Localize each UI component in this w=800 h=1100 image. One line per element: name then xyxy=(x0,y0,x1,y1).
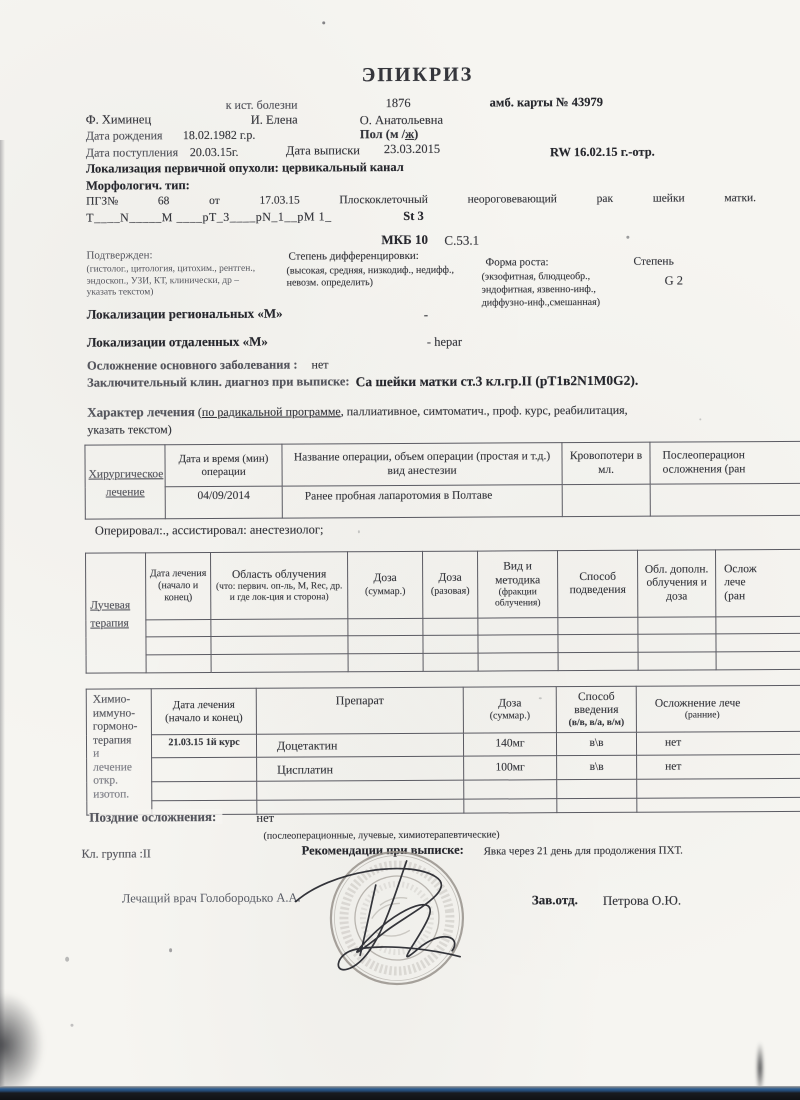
sex-suffix: ) xyxy=(414,127,418,141)
growth-form-note-line3: диффузно-инф.,смешанная) xyxy=(482,297,600,310)
chemo-col-route-note: (в/в, в/а, в/м) xyxy=(560,718,633,729)
scan-bottom-left-smudge xyxy=(0,992,44,1098)
distant-metastasis-label: Локализации отдаленных «М» xyxy=(87,334,268,350)
operated-by-line: Оперировал:., ассистировал: анестезиолог… xyxy=(95,522,324,538)
chemo-drug-dose: 100мг xyxy=(464,756,557,780)
chemo-col-route-title: Способ введения xyxy=(560,691,633,718)
patient-patronymic: О. Анатольевна xyxy=(360,113,443,128)
radiation-col-dose-single-title: Доза xyxy=(426,572,474,586)
radiation-empty-cell xyxy=(478,635,558,653)
chemo-drug-complication: нет xyxy=(637,754,800,779)
chemo-label-line: гормоно- xyxy=(93,720,149,734)
pgz-date: 17.03.15 xyxy=(259,195,299,209)
growth-form-label: Форма роста: xyxy=(485,256,548,269)
chemo-col-complication: Осложнение лече (ранние) xyxy=(636,685,800,732)
primary-tumor-localization: Локализация первичной опухоли: цервикаль… xyxy=(86,160,404,177)
chemo-label-line: Химио- xyxy=(93,693,149,707)
chemo-empty-cell xyxy=(152,781,257,801)
surgery-table: Хирургическое лечение Дата и время (мин)… xyxy=(84,441,800,520)
chemo-table: Химио- иммуно- гормоно- терапия и лечени… xyxy=(86,685,800,816)
radiation-col-compl-line2: лече xyxy=(724,576,800,590)
radiation-empty-cell xyxy=(348,618,423,635)
surgery-row-bloodloss-empty xyxy=(562,484,650,516)
radiation-empty-cell xyxy=(638,634,716,652)
chemo-empty-cell xyxy=(557,779,637,798)
radiation-col-complications: Ослож лече (ран xyxy=(716,549,800,617)
radiation-empty-cell xyxy=(558,634,638,652)
stage-value: St 3 xyxy=(403,209,424,224)
chemo-col-route: Способ введения (в/в, в/а, в/м) xyxy=(556,686,636,732)
rw-test-result: RW 16.02.15 г.-отр. xyxy=(550,145,655,161)
radiation-table: Лучевая терапия Дата лечения (начало и к… xyxy=(85,549,800,674)
surgery-row-date: 04/09/2014 xyxy=(165,486,282,519)
radiation-empty-cell xyxy=(146,619,211,636)
late-complications-label: Поздние осложнения: xyxy=(89,809,222,825)
treatment-nature-line2: указать текстом) xyxy=(87,422,171,436)
final-diagnosis-line: Заключительный клин. диагноз при выписке… xyxy=(87,373,638,392)
radiation-empty-cell xyxy=(558,652,638,670)
radiation-empty-cell xyxy=(423,635,478,653)
chemo-col-date: Дата лечения (начало и конец) xyxy=(151,688,256,735)
chemo-label-line: изотоп. xyxy=(93,788,149,802)
doctor-signature xyxy=(290,854,506,975)
history-number-value: 1876 xyxy=(386,96,411,111)
chemo-empty-cell xyxy=(257,799,464,814)
surgery-label-cell: Хирургическое лечение xyxy=(85,445,165,519)
differentiation-grade-note: (высокая, средняя, низкодиф., недифф., н… xyxy=(287,265,482,290)
chemo-drug-name: Доцетактин xyxy=(256,733,463,757)
scanned-epicrisis-document: ЭПИКРИЗ к ист. болезни 1876 амб. карты №… xyxy=(0,0,800,1100)
radiation-empty-cell xyxy=(211,654,348,673)
radiation-col-compl-line1: Ослож xyxy=(724,563,800,577)
chemo-col-compl-title: Осложнение лече xyxy=(655,696,800,710)
chemo-col-drug: Препарат xyxy=(256,687,463,734)
chemo-empty-cell xyxy=(257,780,464,800)
chemo-col-dose: Доза (суммар.) xyxy=(463,687,556,733)
scan-left-edge-shadow xyxy=(0,140,5,1098)
distant-metastasis-value: - hepar xyxy=(427,335,462,350)
chemo-course-date: 21.03.15 1й курс xyxy=(151,734,256,758)
surgery-col-operation: Название операции, объем операции (прост… xyxy=(282,443,562,486)
chemo-empty-cell xyxy=(464,780,557,799)
scan-speck xyxy=(626,236,629,239)
patient-surname: Ф. Химинец xyxy=(86,112,151,127)
surgery-row-operation: Ранее пробная лапаротомия в Полтаве xyxy=(282,485,562,518)
complication-value: нет xyxy=(311,357,328,372)
regional-metastasis-label: Локализации региональных «М» xyxy=(87,306,283,322)
admission-date-label: Дата поступления xyxy=(86,145,178,159)
morph-word-4: шейки xyxy=(653,193,685,207)
radiation-col-area: Область облучения (что: первич. оп-ль, М… xyxy=(211,552,348,620)
birth-date-value: 18.02.1982 г.р. xyxy=(183,128,256,142)
chemo-drug-name: Цисплатин xyxy=(257,756,464,781)
final-diagnosis-value: Са шейки матки ст.3 кл.гр.II (рТ1в2N1M0G… xyxy=(356,373,639,390)
ambulatory-card-number: амб. карты № 43979 xyxy=(490,95,603,111)
scan-speck xyxy=(699,418,701,420)
degree-label: Степень xyxy=(633,256,673,270)
regional-metastasis-value: - xyxy=(424,307,428,322)
paper-sheet: ЭПИКРИЗ к ист. болезни 1876 амб. карты №… xyxy=(0,0,800,1100)
scan-speck xyxy=(169,948,172,952)
radiation-empty-cell xyxy=(211,636,348,655)
scan-speck xyxy=(70,1024,73,1027)
attending-doctor-line: Лечащий врач Голобородько А.А. xyxy=(122,891,301,907)
chemo-col-compl-note: (ранние) xyxy=(655,710,800,721)
admission-date-value: 20.03.15г. xyxy=(190,145,239,159)
chemo-label-line: лечение xyxy=(93,761,149,775)
discharge-date-value: 23.03.2015 xyxy=(384,142,440,157)
treatment-options-rest: , паллиативное, симтоматич., проф. курс,… xyxy=(341,403,628,419)
chemo-empty-cell xyxy=(464,799,557,813)
chemo-drug-route: в\в xyxy=(557,755,637,779)
chemo-empty-cell xyxy=(152,757,257,782)
chemo-empty-cell xyxy=(637,778,800,798)
patient-firstname: И. Елена xyxy=(251,113,298,128)
radiation-section-label: Лучевая терапия xyxy=(90,599,130,629)
treatment-nature-label: Характер лечения xyxy=(87,404,195,420)
radiation-col-area-title: Область облучения xyxy=(214,568,344,582)
document-title: ЭПИКРИЗ xyxy=(57,62,777,89)
morph-word-2: неороговевающий xyxy=(468,193,557,207)
pgz-label: ПГЗ№ xyxy=(86,195,118,209)
degree-value: G 2 xyxy=(665,274,683,289)
radiation-empty-cell xyxy=(146,636,211,654)
radiation-col-dose-total-note: (суммар.) xyxy=(351,586,419,598)
chemo-label-line: терапия xyxy=(93,734,149,748)
radiation-empty-cell xyxy=(423,653,478,671)
morph-word-3: рак xyxy=(597,193,614,207)
surgery-col-bloodloss: Кровопотери в мл. xyxy=(562,442,650,484)
radiation-empty-cell xyxy=(348,653,423,671)
chemo-label-line: откр. xyxy=(93,774,149,788)
radiation-empty-cell xyxy=(423,618,478,635)
differentiation-grade-label: Степень дифференцировки: xyxy=(288,250,418,264)
scan-speck xyxy=(322,21,325,24)
morph-word-1: Плоскоклеточный xyxy=(339,194,428,208)
discharge-date-label: Дата выписки xyxy=(286,143,360,158)
morph-word-5: матки. xyxy=(724,192,756,206)
chemo-label-line: и xyxy=(93,747,149,761)
radiation-empty-cell xyxy=(558,617,638,634)
chemo-drug-complication: нет xyxy=(636,731,800,755)
radiation-col-additional: Обл. дополн. облучения и доза xyxy=(638,550,716,617)
radiation-col-method: Вид и методика (фракции облучения) xyxy=(478,551,558,618)
sex-field: Пол (м /ж) xyxy=(360,127,419,142)
history-number-label: к ист. болезни xyxy=(226,98,298,112)
radiation-empty-cell xyxy=(478,618,558,635)
scan-speck xyxy=(358,530,360,533)
radiation-col-method-note: (фракции облучения) xyxy=(481,587,554,608)
scan-speck xyxy=(539,697,542,699)
complication-label: Осложнение основного заболевания : xyxy=(87,358,298,374)
growth-form-note-line2: эндофитная, язвенно-инф., xyxy=(482,284,596,297)
clinical-group: Кл. группа :II xyxy=(82,846,151,860)
radiation-label-cell: Лучевая терапия xyxy=(86,553,147,673)
main-disease-complication-line: Осложнение основного заболевания : нет xyxy=(87,357,329,373)
chemo-empty-cell xyxy=(557,798,637,812)
head-of-department-name: Петрова О.Ю. xyxy=(603,893,681,908)
radiation-col-area-note: (что: первич. оп-ль, М, Rec, др. и где л… xyxy=(214,582,344,604)
surgery-section-label: Хирургическое лечение xyxy=(89,468,164,498)
late-complications-value: нет xyxy=(256,811,274,826)
radiation-empty-cell xyxy=(638,652,716,670)
treatment-nature-line1: Характер лечения (по радикальной програм… xyxy=(87,402,627,420)
final-diagnosis-label: Заключительный клин. диагноз при выписке… xyxy=(87,374,350,391)
radiation-col-method-title: Вид и методика xyxy=(481,560,554,587)
radiation-col-dose-single: Доза (разовая) xyxy=(423,551,478,618)
chemo-drug-dose: 140мг xyxy=(463,733,556,756)
surgery-col-postop-line2: осложнения (ран xyxy=(663,462,800,476)
radiation-empty-cell xyxy=(478,653,558,671)
radiation-col-dose-total: Доза (суммар.) xyxy=(348,551,423,618)
radiation-col-dose-single-note: (разовая) xyxy=(426,585,474,597)
scan-bottom-edge-bar xyxy=(0,1086,800,1100)
growth-form-note-line1: (экзофитная, блюдцеобр., xyxy=(482,271,591,284)
chemo-col-dose-note: (суммар.) xyxy=(467,710,553,722)
surgery-row-postop-empty xyxy=(650,483,800,516)
late-complications-note: (послеоперационные, лучевые, химиотерапе… xyxy=(263,829,499,842)
surgery-col-postop-line1: Послеоперацион xyxy=(662,449,800,463)
radiation-empty-cell xyxy=(211,619,348,637)
radiation-empty-cell xyxy=(716,651,800,670)
surgery-col-datetime: Дата и время (мин) операции xyxy=(165,444,282,487)
morphology-type-label: Морфологич. тип: xyxy=(86,178,190,194)
radiation-empty-cell xyxy=(638,617,716,634)
recommendations-value: Явка через 21 день для продолжения ПХТ. xyxy=(484,845,683,859)
morphology-line: ПГЗ№ 68 от 17.03.15 Плоскоклеточный неор… xyxy=(86,192,756,209)
birth-date-label: Дата рождения xyxy=(86,128,163,142)
scan-speck xyxy=(65,957,69,962)
radiation-empty-cell xyxy=(348,635,423,653)
surgery-col-postop: Послеоперацион осложнения (ран xyxy=(650,441,800,484)
pgz-from: от xyxy=(209,195,220,209)
chemo-label-line: иммуно- xyxy=(93,707,149,721)
radiation-col-compl-line3: (ран xyxy=(724,590,800,604)
radiation-col-date: Дата лечения (начало и конец) xyxy=(146,552,211,619)
chemo-empty-cell xyxy=(637,797,800,812)
tnm-line: Т____N_____М ____рТ_3____рN_1__рМ 1_ xyxy=(86,209,331,224)
radiation-empty-cell xyxy=(716,633,800,652)
pgz-number: 68 xyxy=(158,195,170,209)
chemo-label-cell: Химио- иммуно- гормоно- терапия и лечени… xyxy=(86,689,152,815)
radiation-col-delivery: Способ подведения xyxy=(558,550,638,617)
treatment-underlined-option: по радикальной программе xyxy=(202,404,341,419)
head-of-department-label: Зав.отд. xyxy=(532,892,578,907)
radiation-empty-cell xyxy=(146,654,211,672)
confirmed-note: (гистолог., цитология, цитохим., рентген… xyxy=(87,264,265,299)
mkb-label: МКБ 10 xyxy=(381,232,428,247)
radiation-empty-cell xyxy=(716,616,800,634)
chemo-drug-route: в\в xyxy=(556,732,636,755)
radiation-col-dose-total-title: Доза xyxy=(351,572,419,586)
confirmed-label: Подтвержден: xyxy=(86,249,152,262)
mkb-code: С.53.1 xyxy=(444,233,479,248)
sex-prefix: Пол (м / xyxy=(360,127,405,141)
